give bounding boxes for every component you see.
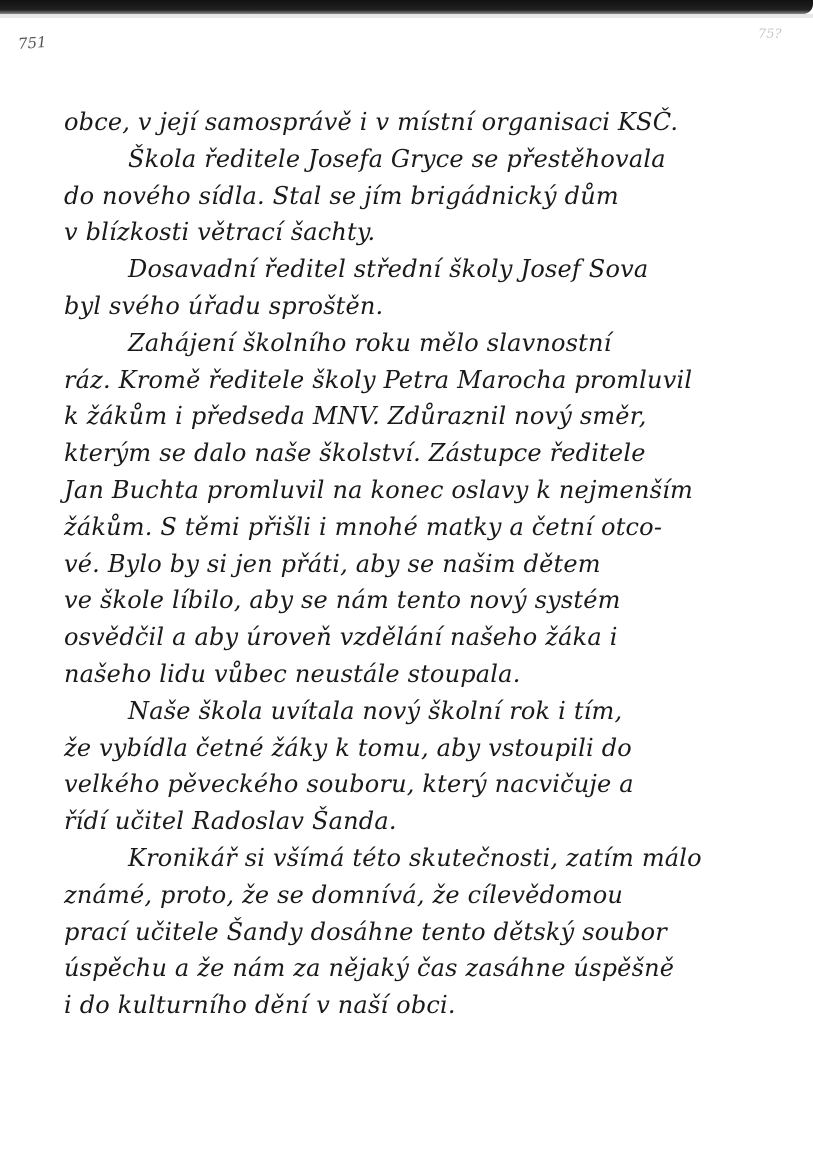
manuscript-line: do nového sídla. Stal se jím brigádnický… bbox=[64, 178, 784, 215]
manuscript-line: Jan Buchta promluvil na konec oslavy k n… bbox=[64, 472, 784, 509]
manuscript-line: velkého pěveckého souboru, který nacviču… bbox=[64, 766, 784, 803]
manuscript-line: žákům. S těmi přišli i mnohé matky a čet… bbox=[64, 509, 784, 546]
manuscript-line: známé, proto, že se domnívá, že cílevědo… bbox=[64, 877, 784, 914]
manuscript-line: Naše škola uvítala nový školní rok i tím… bbox=[64, 693, 784, 730]
manuscript-line: Zahájení školního roku mělo slavnostní bbox=[64, 325, 784, 362]
manuscript-line: prací učitele Šandy dosáhne tento dětský… bbox=[64, 914, 784, 951]
page-number-left: 751 bbox=[17, 33, 47, 53]
manuscript-line: ráz. Kromě ředitele školy Petra Marocha … bbox=[64, 362, 784, 399]
page-number-right: 75? bbox=[758, 27, 782, 42]
manuscript-line: řídí učitel Radoslav Šanda. bbox=[64, 803, 784, 840]
manuscript-line: vé. Bylo by si jen přáti, aby se našim d… bbox=[64, 546, 784, 583]
manuscript-line: že vybídla četné žáky k tomu, aby vstoup… bbox=[64, 730, 784, 767]
scan-top-edge bbox=[0, 0, 813, 14]
manuscript-line: našeho lidu vůbec neustále stoupala. bbox=[64, 656, 784, 693]
manuscript-line: úspěchu a že nám za nějaký čas zasáhne ú… bbox=[64, 950, 784, 987]
handwritten-chronicle-text: obce, v její samosprávě i v místní organ… bbox=[64, 104, 784, 1024]
manuscript-line: kterým se dalo naše školství. Zástupce ř… bbox=[64, 435, 784, 472]
manuscript-line: byl svého úřadu sproštěn. bbox=[64, 288, 784, 325]
manuscript-line: k žákům i předseda MNV. Zdůraznil nový s… bbox=[64, 398, 784, 435]
manuscript-line: ve škole líbilo, aby se nám tento nový s… bbox=[64, 582, 784, 619]
manuscript-line: v blízkosti větrací šachty. bbox=[64, 214, 784, 251]
manuscript-line: osvědčil a aby úroveň vzdělání našeho žá… bbox=[64, 619, 784, 656]
manuscript-line: Škola ředitele Josefa Gryce se přestěhov… bbox=[64, 141, 784, 178]
manuscript-line: Kronikář si všímá této skutečnosti, zatí… bbox=[64, 840, 784, 877]
manuscript-line: Dosavadní ředitel střední školy Josef So… bbox=[64, 251, 784, 288]
manuscript-line: i do kulturního dění v naší obci. bbox=[64, 987, 784, 1024]
manuscript-line: obce, v její samosprávě i v místní organ… bbox=[64, 104, 784, 141]
